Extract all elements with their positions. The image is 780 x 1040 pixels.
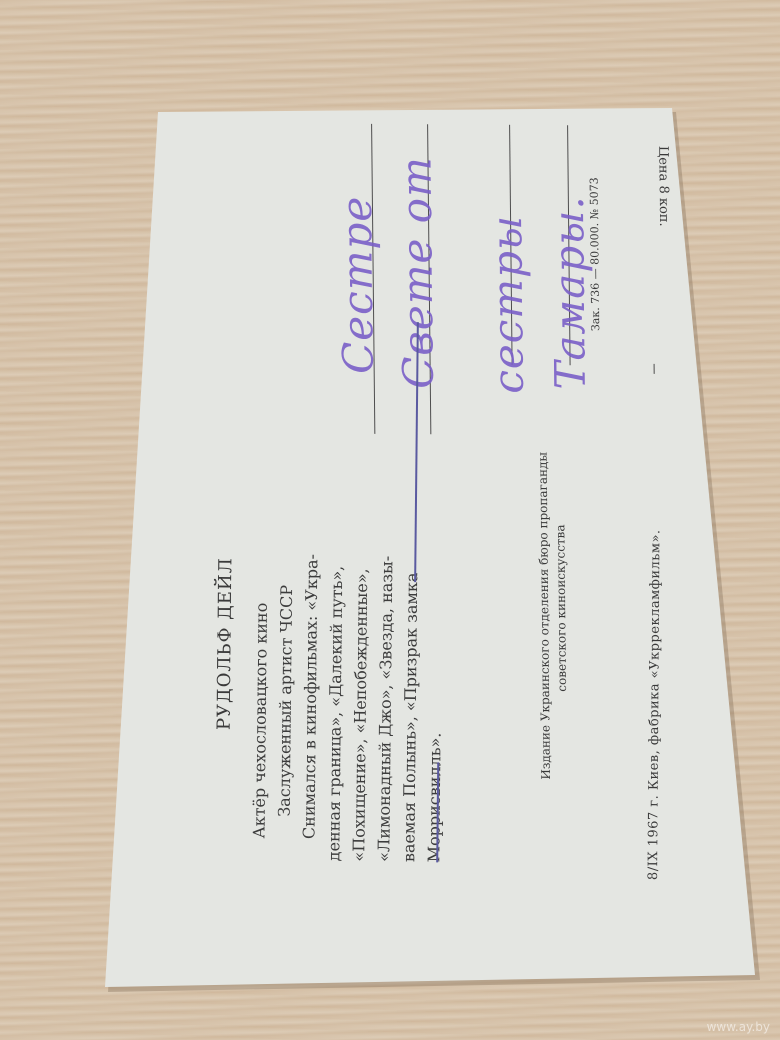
bio-line: «Лимонадный Джо», «Звезда, назы-	[371, 555, 399, 862]
bio-text: Актёр чехословацкого кино Заслуженный ар…	[246, 553, 449, 862]
bio-frame: РУДОЛЬФ ДЕЙЛ Актёр чехословацкого кино З…	[212, 320, 678, 885]
price-label: Цена 8 коп.	[655, 146, 671, 227]
print-info-frame: 8/IX 1967 г. Киев, фабрика «Укрреклам­фи…	[646, 320, 680, 880]
order-info: Зак. 736 — 80.000. № 5073	[588, 177, 603, 331]
bio-line: Снимался в кинофильмах: «Укра-	[296, 554, 324, 861]
bio-line: «Похищение», «Непобежденные»,	[346, 554, 374, 861]
bio-line: Заслуженный артист ЧССР	[271, 554, 299, 861]
watermark: www.ay.by	[707, 1020, 770, 1034]
bio-line: Моррисвилль».	[421, 555, 449, 862]
bio-line: Актёр чехословацкого кино	[246, 553, 274, 860]
actor-name: РУДОЛЬФ ДЕЙЛ	[214, 557, 237, 730]
print-info: 8/IX 1967 г. Киев, фабрика «Укрреклам­фи…	[646, 529, 663, 880]
bio-line: ваемая Полынь», «Призрак замка	[396, 555, 424, 862]
bio-line: денная граница», «Далекий путь»,	[321, 554, 349, 861]
ink-underline-1	[414, 322, 419, 582]
